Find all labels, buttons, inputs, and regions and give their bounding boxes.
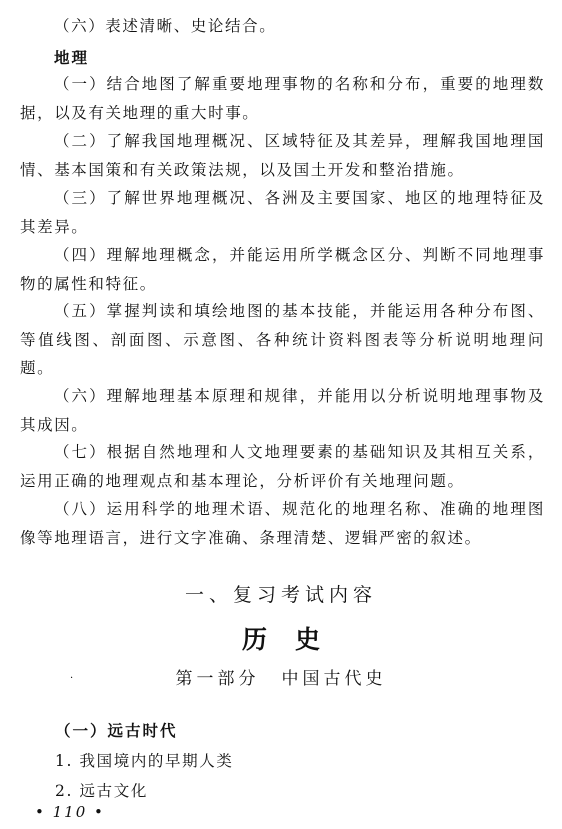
geography-item-2: （二）了解我国地理概况、区域特征及其差异，理解我国地理国情、基本国策和有关政策法…	[20, 127, 545, 184]
section-heading: （一）远古时代	[55, 719, 178, 741]
chapter-title: 一、复习考试内容	[0, 580, 562, 607]
subject-title: 历史	[0, 620, 562, 656]
part-label: 第一部分	[176, 669, 260, 689]
part-name: 中国古代史	[282, 669, 387, 689]
geography-item-7: （七）根据自然地理和人文地理要素的基础知识及其相互关系，运用正确的地理观点和基本…	[20, 438, 545, 495]
part-title: 第一部分中国古代史	[0, 664, 562, 689]
geography-heading: 地理	[54, 46, 89, 68]
geography-item-8: （八）运用科学的地理术语、规范化的地理名称、准确的地理图像等地理语言，进行文字准…	[20, 495, 545, 552]
section-item-1: 1. 我国境内的早期人类	[55, 749, 233, 771]
section-item-2: 2. 远古文化	[55, 779, 148, 801]
document-page: （六）表述清晰、史论结合。 地理 （一）结合地图了解重要地理事物的名称和分布，重…	[0, 0, 562, 829]
geography-item-5: （五）掌握判读和填绘地图的基本技能，并能运用各种分布图、等值线图、剖面图、示意图…	[20, 297, 545, 383]
geography-item-6: （六）理解地理基本原理和规律，并能用以分析说明地理事物及其成因。	[20, 382, 545, 439]
geography-item-3: （三）了解世界地理概况、各洲及主要国家、地区的地理特征及其差异。	[20, 184, 545, 241]
geography-item-4: （四）理解地理概念，并能运用所学概念区分、判断不同地理事物的属性和特征。	[20, 241, 545, 298]
section-heading-text: （一）远古时代	[55, 721, 178, 740]
geography-item-1: （一）结合地图了解重要地理事物的名称和分布，重要的地理数据，以及有关地理的重大时…	[20, 70, 545, 127]
paragraph-history-criteria-6: （六）表述清晰、史论结合。	[20, 12, 545, 41]
page-number: • 110 •	[35, 803, 105, 821]
